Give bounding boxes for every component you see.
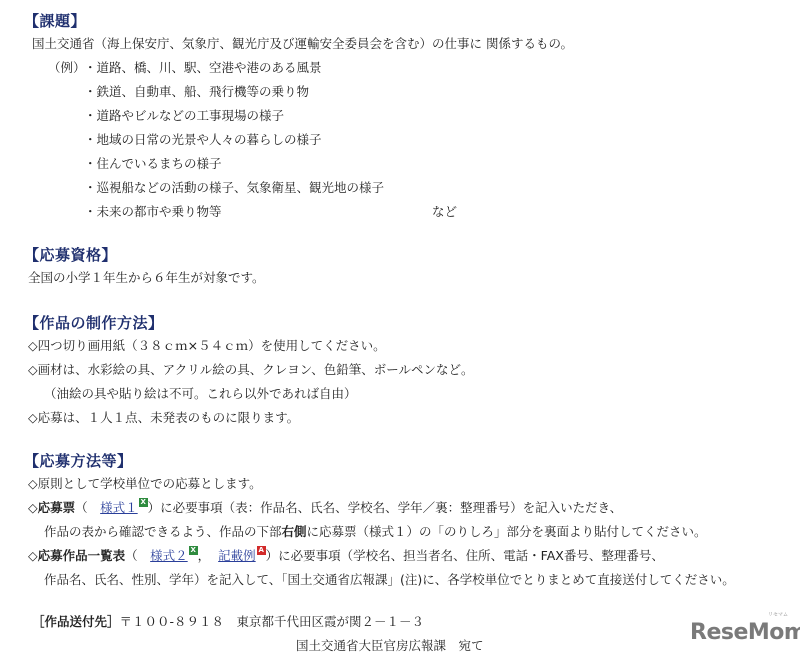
- example-item: ・巡視船などの活動の様子、気象衛星、観光地の様子: [84, 180, 384, 196]
- application-item: ◇原則として学校単位での応募とします。: [28, 476, 262, 492]
- resemom-logo-sub: リセマム: [768, 611, 788, 618]
- separator: ，: [198, 548, 211, 563]
- application-item-entry-form: ◇応募票（ 様式１X）に必要事項（表：作品名、氏名、学校名、学年／裏：整理番号）…: [28, 500, 622, 516]
- resemom-logo: ReseMom: [690, 620, 800, 645]
- heading-application: 【応募方法等】: [24, 450, 133, 471]
- form1-link[interactable]: 様式１: [100, 500, 138, 515]
- shipping-label: ［作品送付先］: [32, 614, 120, 629]
- example-item: ・道路やビルなどの工事現場の様子: [84, 108, 284, 124]
- shipping-address: 〒１００-８９１８ 東京都千代田区霞が関２－１－３: [120, 614, 425, 629]
- right-side-emphasis: 右側: [282, 524, 307, 539]
- paren-open: （: [125, 548, 150, 563]
- heading-production: 【作品の制作方法】: [24, 312, 164, 333]
- production-item: ◇画材は、水彩絵の具、アクリル絵の具、クレヨン、色鉛筆、ボールペンなど。: [28, 362, 474, 378]
- bullet: ◇: [28, 548, 38, 563]
- entry-form-desc: ）に必要事項（表：作品名、氏名、学校名、学年／裏：整理番号）を記入いただき、: [148, 500, 623, 515]
- heading-eligibility: 【応募資格】: [24, 244, 117, 265]
- example-item: ・鉄道、自動車、船、飛行機等の乗り物: [84, 84, 309, 100]
- application-item-entry-form-cont: 作品の表から確認できるよう、作品の下部右側に応募票（様式１）の「のりしろ」部分を…: [44, 524, 707, 540]
- entry-form-label: 応募票: [38, 500, 76, 515]
- application-item-list-form: ◇応募作品一覧表（ 様式２X， 記載例A）に必要事項（学校名、担当者名、住所、電…: [28, 548, 664, 564]
- pdf-icon[interactable]: A: [257, 546, 266, 555]
- production-item: ◇応募は、１人１点、未発表のものに限ります。: [28, 410, 299, 426]
- example-item: ・道路、橋、川、駅、空港や港のある風景: [84, 60, 322, 76]
- example-item: ・住んでいるまちの様子: [84, 156, 222, 172]
- text: に応募票（様式１）の「のりしろ」部分を裏面より貼付してください。: [307, 524, 707, 539]
- example-link[interactable]: 記載例: [218, 548, 256, 563]
- eligibility-text: 全国の小学１年生から６年生が対象です。: [28, 270, 265, 286]
- bullet: ◇: [28, 500, 38, 515]
- excel-icon[interactable]: X: [139, 498, 148, 507]
- application-item-list-form-cont: 作品名、氏名、性別、学年）を記入して、「国土交通省広報課」(注)に、各学校単位で…: [44, 572, 735, 588]
- etc-text: など: [432, 204, 457, 220]
- theme-intro: 国土交通省（海上保安庁、気象庁、観光庁及び運輸安全委員会を含む）の仕事に 関係す…: [32, 36, 573, 52]
- example-item: ・未来の都市や乗り物等: [84, 204, 222, 220]
- text: 作品の表から確認できるよう、作品の下部: [44, 524, 282, 539]
- production-item: ◇四つ切り画用紙（３８ｃｍ×５４ｃｍ）を使用してください。: [28, 338, 386, 354]
- shipping-address-line: ［作品送付先］〒１００-８９１８ 東京都千代田区霞が関２－１－３: [32, 614, 424, 630]
- shipping-recipient: 国土交通省大臣官房広報課 宛て: [296, 638, 484, 654]
- example-label: （例）: [48, 60, 86, 76]
- paren-open: （: [75, 500, 100, 515]
- excel-icon[interactable]: X: [189, 546, 198, 555]
- form2-link[interactable]: 様式２: [150, 548, 188, 563]
- production-note: （油絵の具や貼り絵は不可。これら以外であれば自由）: [44, 386, 357, 402]
- list-form-label: 応募作品一覧表: [38, 548, 126, 563]
- list-form-desc: ）に必要事項（学校名、担当者名、住所、電話・FAX番号、整理番号、: [266, 548, 664, 563]
- heading-theme: 【課題】: [24, 10, 86, 31]
- example-item: ・地域の日常の光景や人々の暮らしの様子: [84, 132, 322, 148]
